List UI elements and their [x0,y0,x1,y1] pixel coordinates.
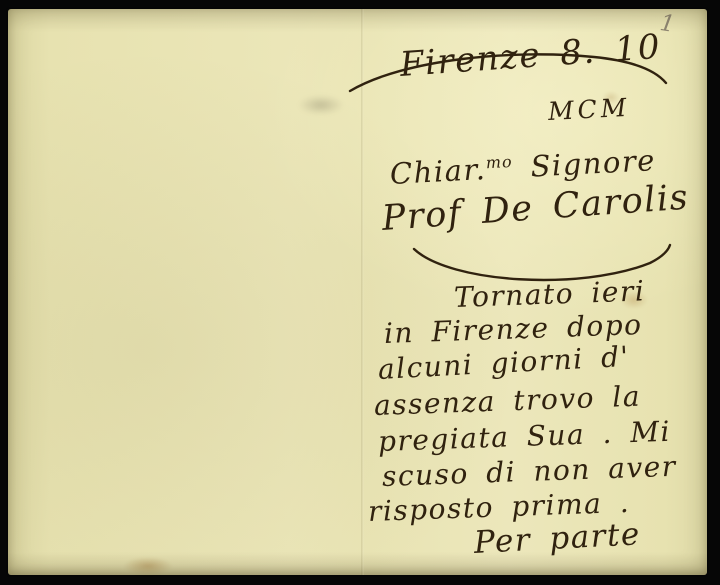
page-number-annotation: 1 [658,10,677,38]
body-line: Per parte [473,516,642,561]
salutation-superscript: mo [485,152,513,172]
letter-scan: 1 Firenze 8. 10 MCM Chiar.mo Signore Pro… [0,0,720,585]
heading-place-date: Firenze 8. 10 [399,27,663,85]
letter-paper: 1 Firenze 8. 10 MCM Chiar.mo Signore Pro… [8,9,707,575]
smudge-stain [298,95,344,115]
salutation-honorific: Chiar. [389,152,487,191]
body-line: assenza trovo la [373,380,641,422]
foxing-stain [124,557,172,575]
salutation-title: Signore [512,143,657,184]
heading-year: MCM [547,93,631,126]
fold-crease [361,9,364,575]
